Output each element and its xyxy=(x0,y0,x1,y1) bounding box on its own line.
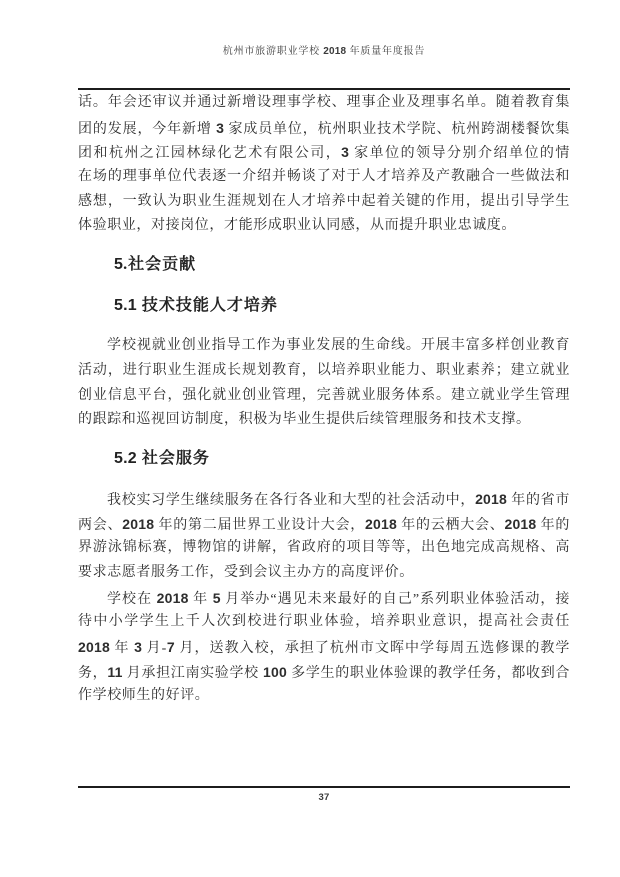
heading-section-5-1: 5.1 技术技能人才培养 xyxy=(78,293,570,319)
header-rule xyxy=(78,88,570,90)
paragraph-line: 作学校师生的好评。 xyxy=(78,684,570,709)
paragraph-line: 界游泳锦标赛，博物馆的讲解，省政府的项目等等，出色地完成高规格、高 xyxy=(78,536,570,561)
heading-section-5-2: 5.2 社会服务 xyxy=(78,446,570,472)
paragraph-line: 创业信息平台，强化就业创业管理，完善就业服务体系。建立就业学生管理 xyxy=(78,384,570,409)
paragraph-line: 体验职业，对接岗位，才能形成职业认同感，从而提升职业忠诚度。 xyxy=(78,214,570,239)
paragraph-line: 在场的理事单位代表逐一介绍并畅谈了对于人才培养及产教融合一些做法和 xyxy=(78,165,570,190)
paragraph-service-2: 学校在 2018 年 5 月举办“遇见未来最好的自己”系列职业体验活动，接 待中… xyxy=(78,586,570,709)
paragraph-line: 团的发展，今年新增 3 家成员单位，杭州职业技术学院、杭州跨湖楼餐饮集 xyxy=(78,116,570,141)
paragraph-line: 务，11 月承担江南实验学校 100 多学生的职业体验课的教学任务，都收到合 xyxy=(78,660,570,685)
paragraph-line: 要求志愿者服务工作，受到会议主办方的高度评价。 xyxy=(78,561,570,586)
paragraph-line: 学校在 2018 年 5 月举办“遇见未来最好的自己”系列职业体验活动，接 xyxy=(78,586,570,611)
heading-section-5: 5.社会贡献 xyxy=(78,252,570,278)
paragraph-line: 2018 年 3 月-7 月，送教入校，承担了杭州市文晖中学每周五选修课的教学任 xyxy=(78,635,570,660)
footer-rule xyxy=(78,786,570,788)
document-body: 话。年会还审议并通过新增设理事学校、理事企业及理事名单。随着教育集 团的发展，今… xyxy=(78,91,570,709)
paragraph-service-1: 我校实习学生继续服务在各行各业和大型的社会活动中，2018 年的省市 两会、20… xyxy=(78,487,570,586)
page-header-title: 杭州市旅游职业学校 2018 年质量年度报告 xyxy=(78,45,570,59)
paragraph-line: 学校视就业创业指导工作为事业发展的生命线。开展丰富多样创业教育 xyxy=(78,334,570,359)
paragraph-line: 话。年会还审议并通过新增设理事学校、理事企业及理事名单。随着教育集 xyxy=(78,91,570,116)
paragraph-line: 的跟踪和巡视回访制度，积极为毕业生提供后续管理服务和技术支撑。 xyxy=(78,408,570,433)
paragraph-line: 感想，一致认为职业生涯规划在人才培养中起着关键的作用，提出引导学生 xyxy=(78,190,570,215)
paragraph-line: 我校实习学生继续服务在各行各业和大型的社会活动中，2018 年的省市 xyxy=(78,487,570,512)
page-number: 37 xyxy=(78,792,570,804)
document-page: 杭州市旅游职业学校 2018 年质量年度报告 话。年会还审议并通过新增设理事学校… xyxy=(0,0,620,877)
paragraph-intro: 话。年会还审议并通过新增设理事学校、理事企业及理事名单。随着教育集 团的发展，今… xyxy=(78,91,570,239)
paragraph-line: 团和杭州之江园林绿化艺术有限公司，3 家单位的领导分别介绍单位的情况。 xyxy=(78,140,570,165)
paragraph-line: 活动，进行职业生涯成长规划教育，以培养职业能力、职业素养；建立就业 xyxy=(78,359,570,384)
paragraph-line: 两会、2018 年的第二届世界工业设计大会，2018 年的云栖大会、2018 年… xyxy=(78,512,570,537)
paragraph-line: 待中小学学生上千人次到校进行职业体验，培养职业意识，提高社会责任感。 xyxy=(78,610,570,635)
paragraph-talent: 学校视就业创业指导工作为事业发展的生命线。开展丰富多样创业教育 活动，进行职业生… xyxy=(78,334,570,433)
